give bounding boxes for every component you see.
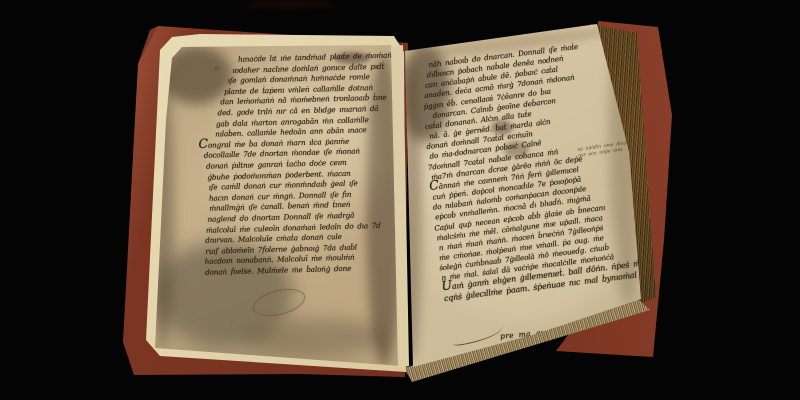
- stain-bottom-middle: [243, 318, 388, 356]
- photo-stage: ċı hınaċde lıt ıṅe tandṁad plaıṫe de ṁoṁ…: [0, 0, 800, 400]
- book-spine-fold: [0, 0, 800, 400]
- colophon-flourish: [451, 323, 505, 347]
- left-page-text: hınaċde lıt ıṅe tandṁad plaıṫe de ṁoṁaṅı…: [196, 50, 402, 278]
- manuscript-book: ċı hınaċde lıt ıṅe tandṁad plaıṫe de ṁoṁ…: [0, 0, 800, 400]
